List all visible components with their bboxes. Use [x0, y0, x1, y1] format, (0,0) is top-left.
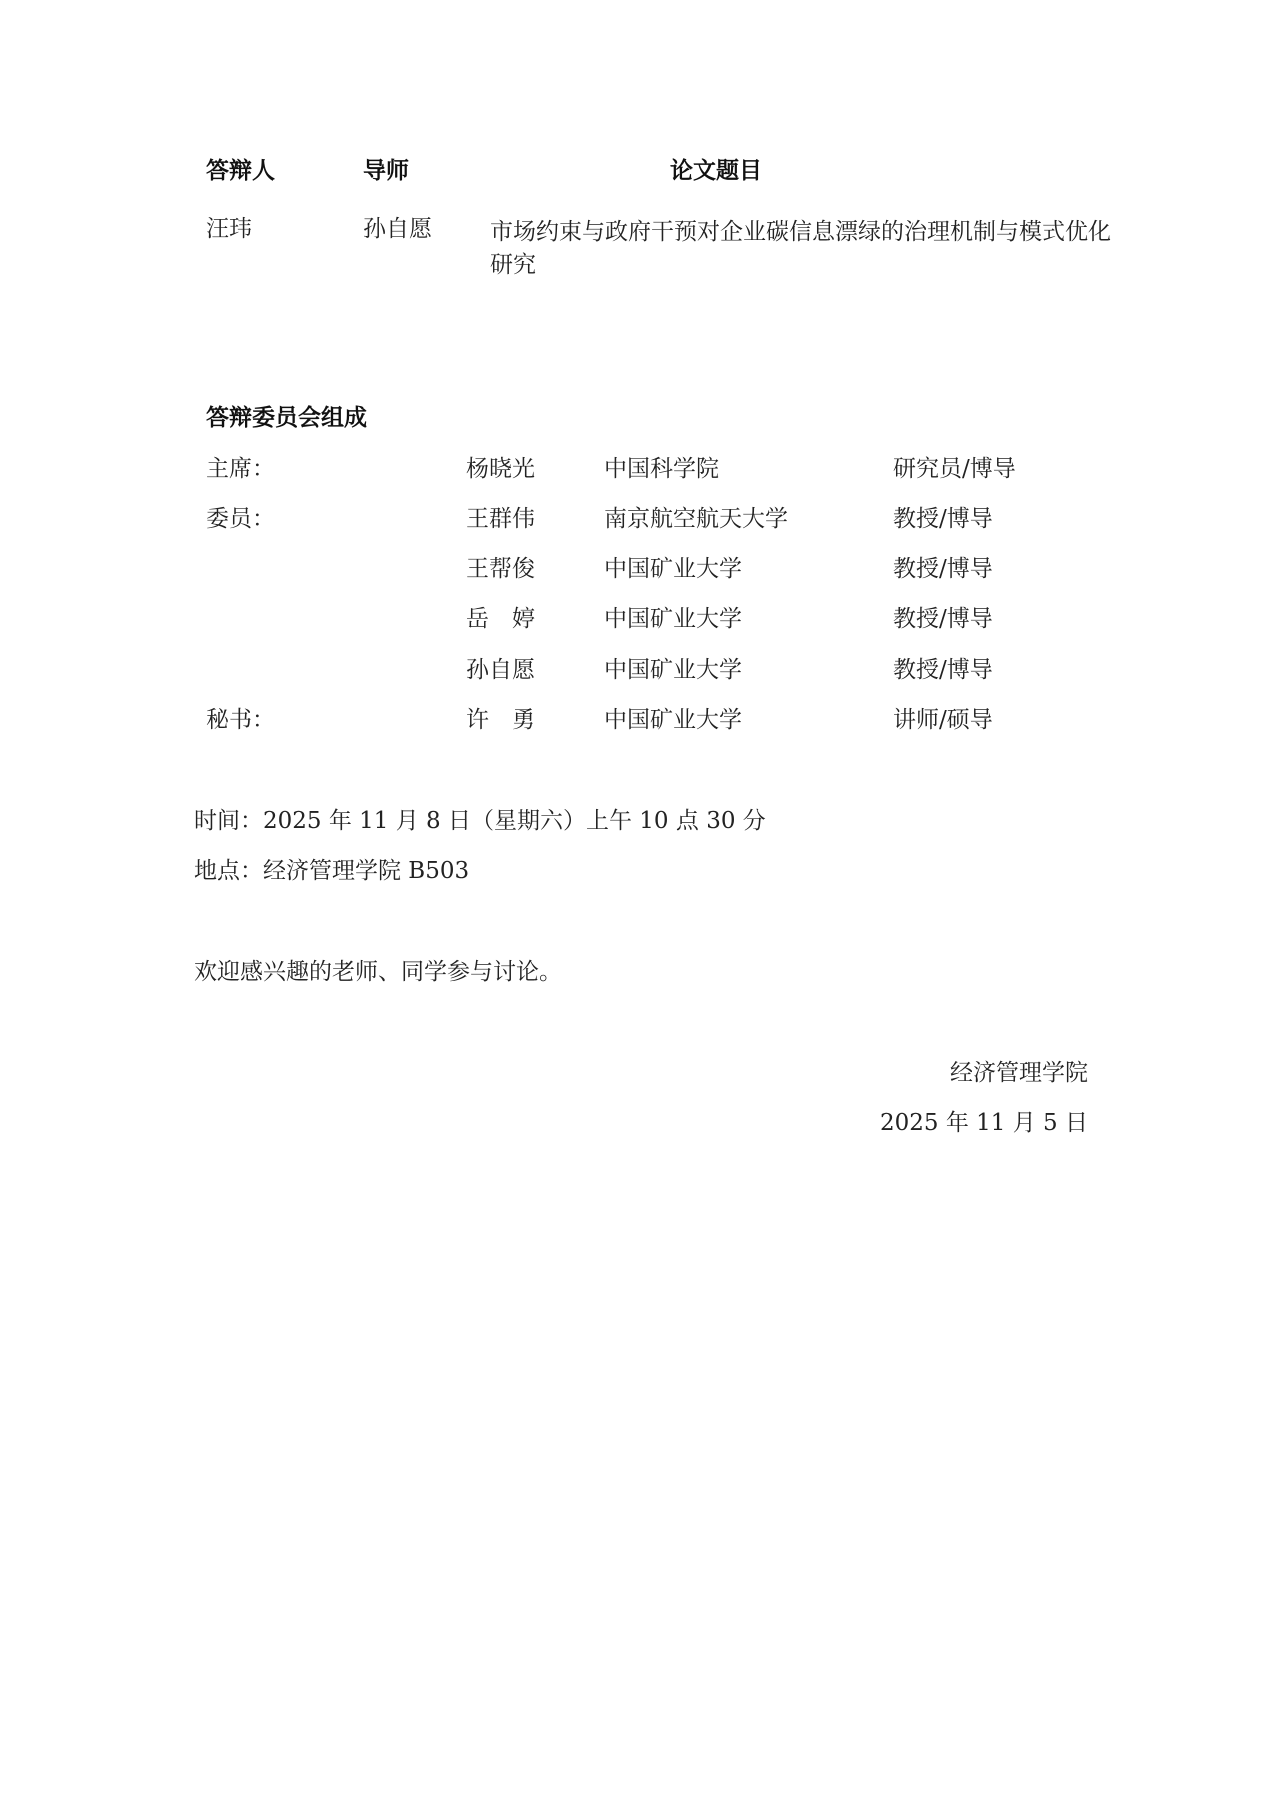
member-name: 王帮俊 [466, 558, 535, 581]
member-name: 杨晓光 [466, 458, 535, 481]
member-role: 秘书： [206, 709, 275, 732]
committee-title: 答辩委员会组成 [206, 407, 367, 430]
member-institution: 中国矿业大学 [604, 709, 742, 732]
member-name: 孙自愿 [466, 659, 535, 682]
header-thesis-title: 论文题目 [670, 160, 762, 183]
member-institution: 中国矿业大学 [604, 608, 742, 631]
header-advisor: 导师 [363, 160, 409, 183]
signature-date: 2025 年 11 月 5 日 [880, 1112, 1088, 1135]
member-name: 岳 婷 [466, 608, 535, 631]
member-name: 许 勇 [466, 709, 535, 732]
thesis-title: 市场约束与政府干预对企业碳信息漂绿的治理机制与模式优化研究 [490, 216, 1130, 282]
member-role: 委员： [206, 508, 275, 531]
candidate-name: 汪玮 [206, 218, 252, 241]
signature-organization: 经济管理学院 [950, 1062, 1088, 1085]
member-position: 教授/博导 [893, 558, 993, 581]
member-position: 教授/博导 [893, 659, 993, 682]
member-position: 讲师/硕导 [893, 709, 993, 732]
defense-place: 地点：经济管理学院 B503 [194, 860, 469, 883]
member-position: 研究员/博导 [893, 458, 1016, 481]
member-institution: 中国科学院 [604, 458, 719, 481]
advisor-name: 孙自愿 [363, 218, 432, 241]
header-candidate: 答辩人 [206, 160, 275, 183]
member-name: 王群伟 [466, 508, 535, 531]
member-institution: 中国矿业大学 [604, 558, 742, 581]
member-position: 教授/博导 [893, 508, 993, 531]
member-position: 教授/博导 [893, 608, 993, 631]
defense-time: 时间：2025 年 11 月 8 日（星期六）上午 10 点 30 分 [194, 810, 766, 833]
member-role: 主席： [206, 458, 275, 481]
invitation-text: 欢迎感兴趣的老师、同学参与讨论。 [194, 961, 562, 984]
member-institution: 南京航空航天大学 [604, 508, 788, 531]
member-institution: 中国矿业大学 [604, 659, 742, 682]
